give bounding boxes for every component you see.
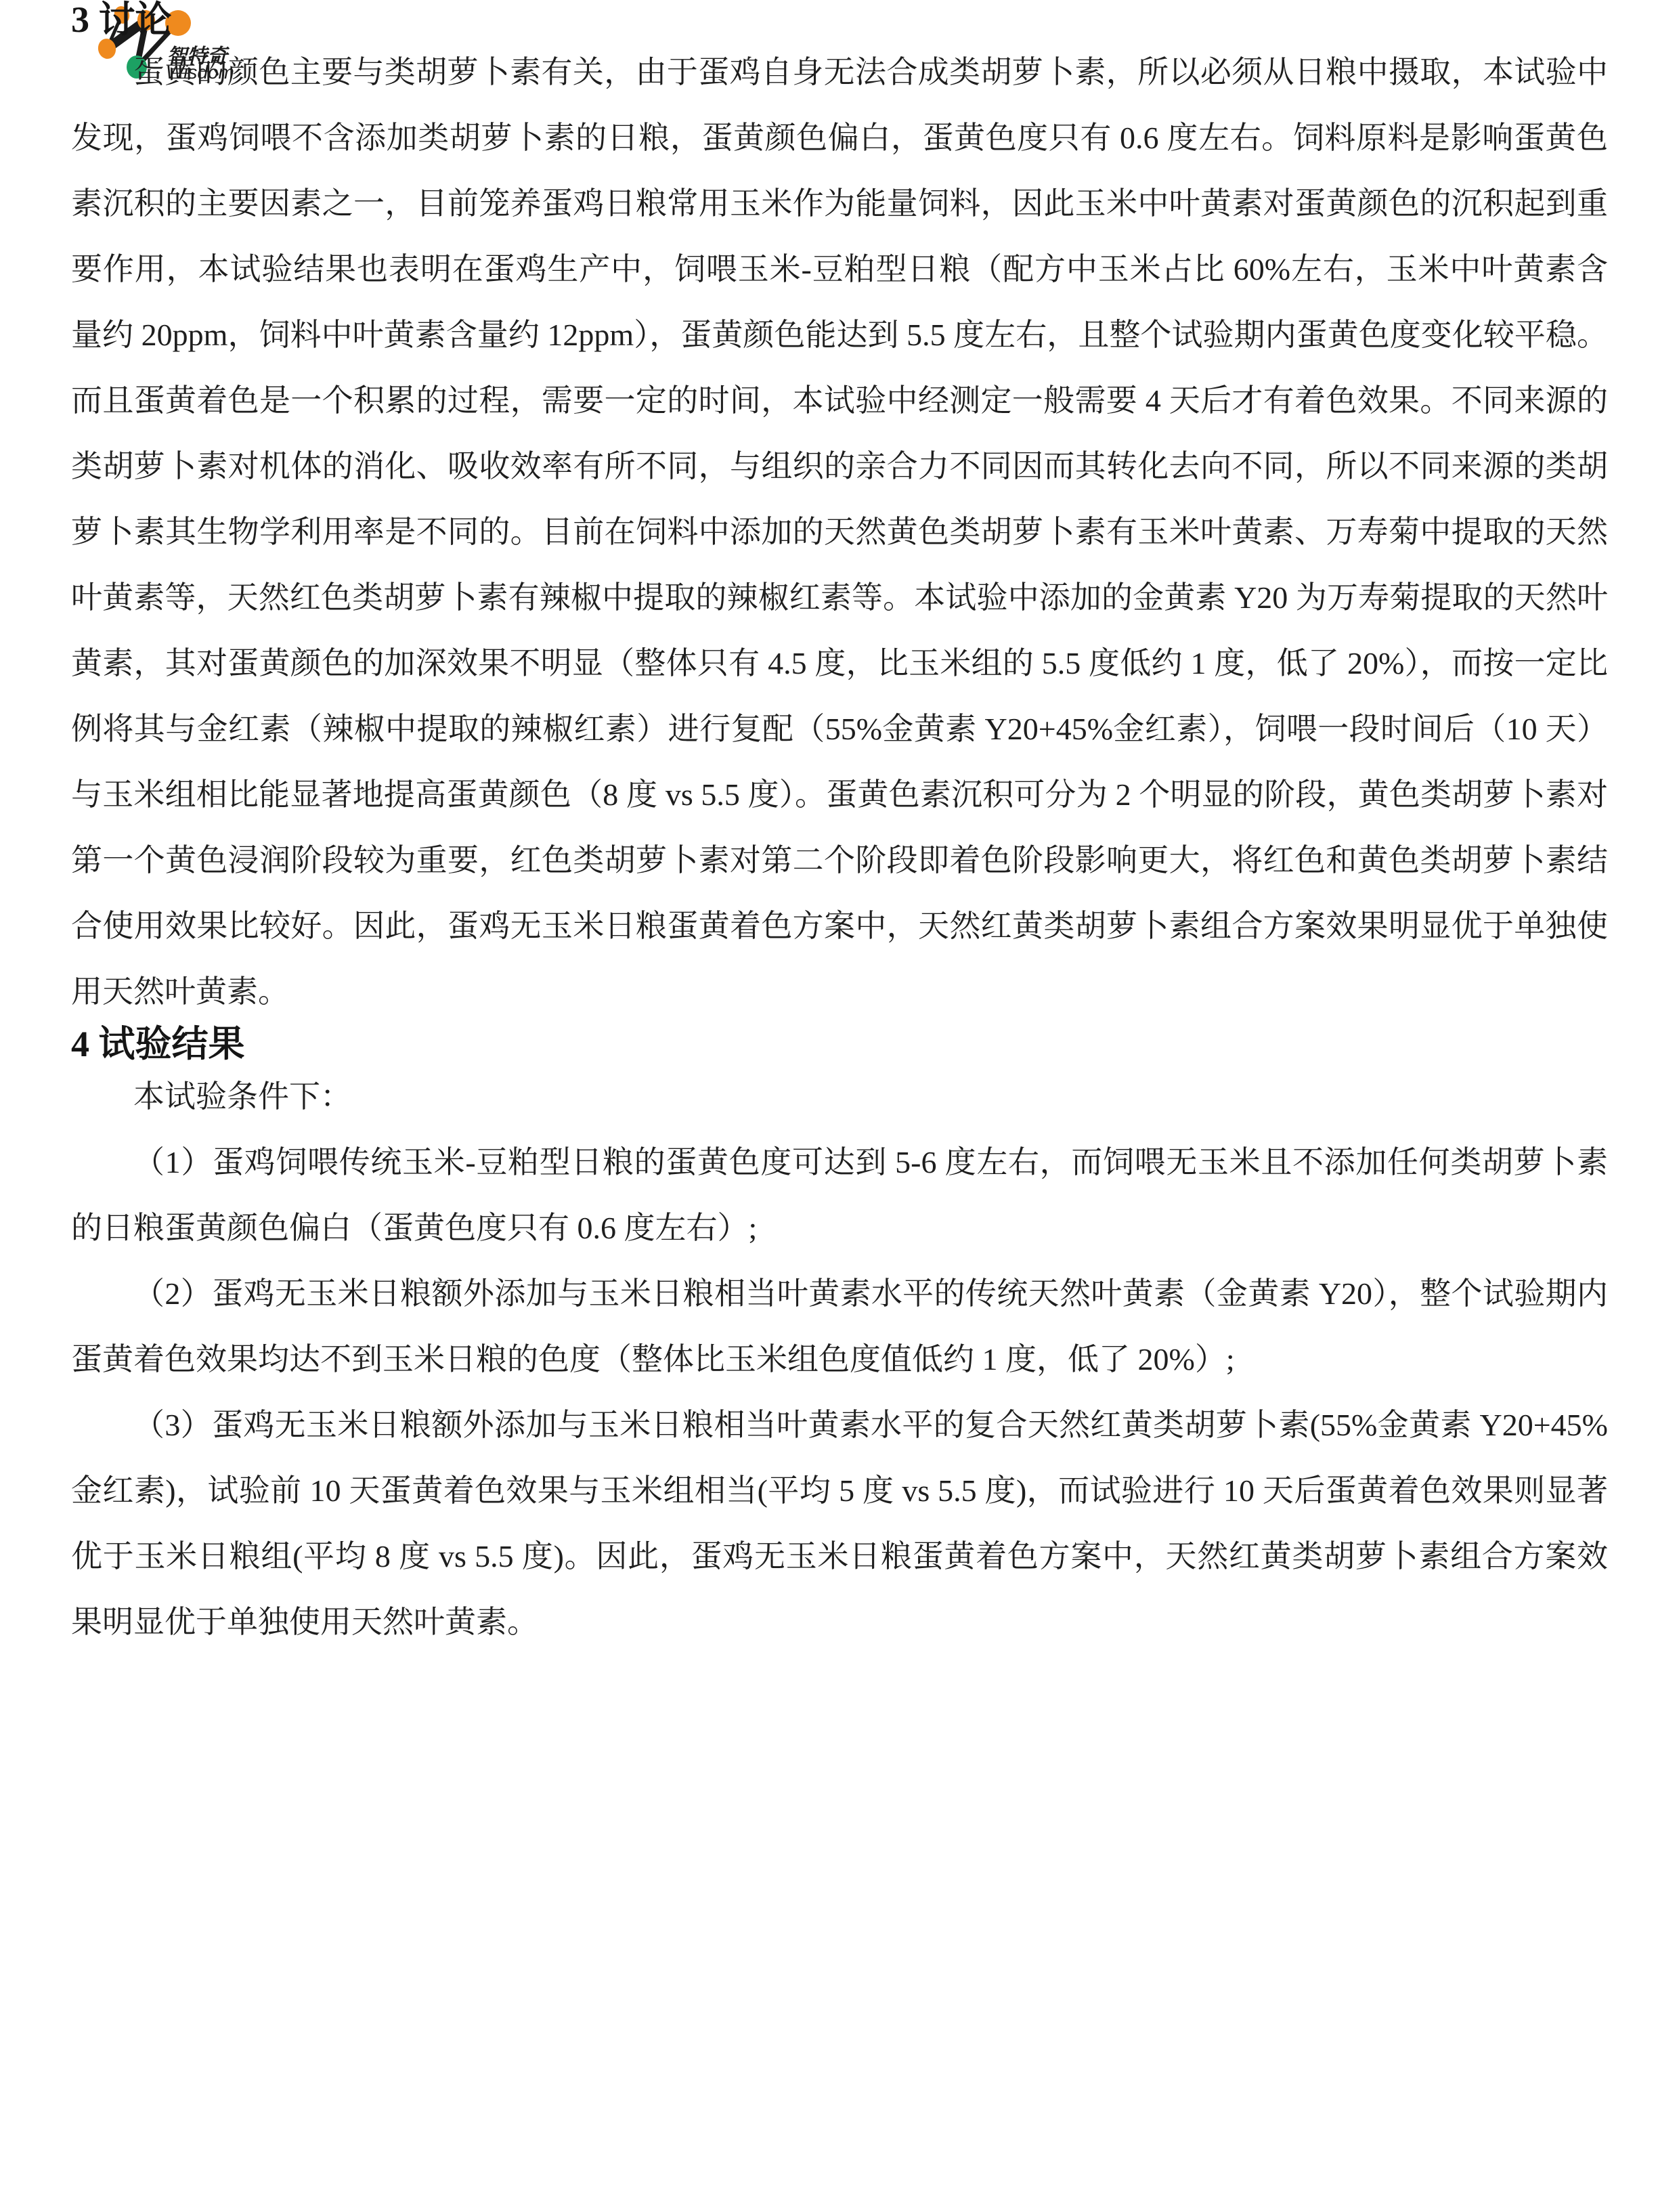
discussion-paragraph: 蛋黄的颜色主要与类胡萝卜素有关，由于蛋鸡自身无法合成类胡萝卜素，所以必须从日粮中… — [71, 39, 1608, 1024]
section-heading-results: 4 试验结果 — [71, 1024, 1608, 1064]
result-item-1: （1）蛋鸡饲喂传统玉米-豆粕型日粮的蛋黄色度可达到 5-6 度左右，而饲喂无玉米… — [71, 1129, 1608, 1261]
document-content: 3 讨论 蛋黄的颜色主要与类胡萝卜素有关，由于蛋鸡自身无法合成类胡萝卜素，所以必… — [71, 0, 1608, 1655]
section-heading-discussion: 3 讨论 — [71, 0, 1608, 39]
result-item-2: （2）蛋鸡无玉米日粮额外添加与玉米日粮相当叶黄素水平的传统天然叶黄素（金黄素 Y… — [71, 1261, 1608, 1392]
result-item-3: （3）蛋鸡无玉米日粮额外添加与玉米日粮相当叶黄素水平的复合天然红黄类胡萝卜素(5… — [71, 1392, 1608, 1655]
results-intro: 本试验条件下： — [71, 1064, 1608, 1129]
document-page: 智特奇 Wisdom 3 讨论 蛋黄的颜色主要与类胡萝卜素有关，由于蛋鸡自身无法… — [0, 0, 1679, 2212]
